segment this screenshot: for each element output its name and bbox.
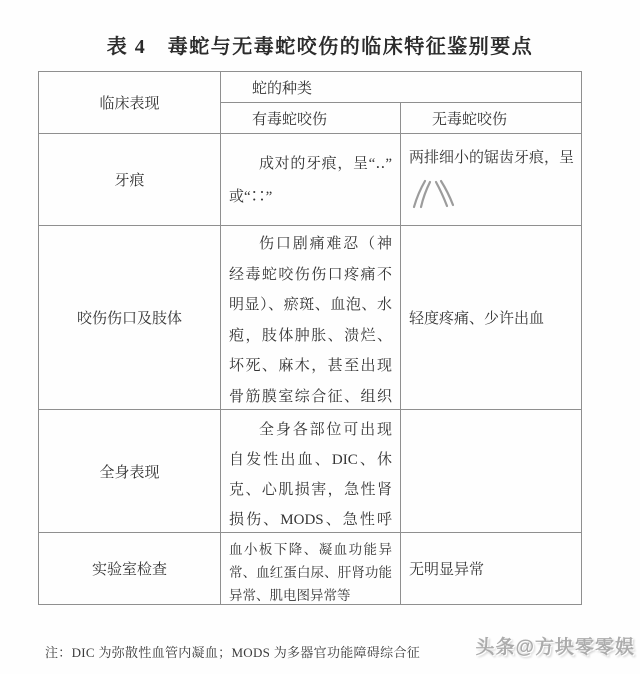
snakebite-comparison-table: 临床表现 蛇的种类 有毒蛇咬伤 无毒蛇咬伤 牙痕 成对的牙痕，呈“‥” 或“∷”… [38,71,582,605]
fang-marks-venomous-text: 成对的牙痕，呈“‥” 或“∷” [229,148,392,214]
systemic-venomous-text: 全身各部位可出现自发性出血、DIC、休克、心肌损害，急性肾损伤、MODS、急性呼… [229,415,392,533]
cell-fang-marks-venomous: 成对的牙痕，呈“‥” 或“∷” [221,134,401,226]
cell-laboratory-venomous: 血小板下降、凝血功能异常、血红蛋白尿、肝肾功能异常、肌电图异常等 [221,533,401,604]
table-title: 表 4 毒蛇与无毒蛇咬伤的临床特征鉴别要点 [0,30,640,59]
header-cell-nonvenomous-bite: 无毒蛇咬伤 [401,103,582,134]
cell-systemic-venomous: 全身各部位可出现自发性出血、DIC、休克、心肌损害，急性肾损伤、MODS、急性呼… [221,410,401,533]
bite-wound-venomous-text: 伤口剧痛难忍（神经毒蛇咬伤伤口疼痛不明显）、瘀斑、血泡、水疱，肢体肿胀、溃烂、坏… [229,229,392,410]
laboratory-venomous-text: 血小板下降、凝血功能异常、血红蛋白尿、肝肾功能异常、肌电图异常等 [229,538,392,604]
toutiao-watermark: 头条@方块零零娱 [475,632,635,659]
row-label-fang-marks: 牙痕 [39,134,221,226]
header-cell-snake-type: 蛇的种类 [221,72,582,103]
row-label-laboratory-tests: 实验室检查 [39,533,221,604]
fang-marks-nonvenomous-text: 两排细小的锯齿牙痕，呈 [409,146,574,170]
header-cell-clinical-manifestation: 临床表现 [39,72,221,134]
cell-systemic-nonvenomous-empty [401,410,582,533]
cell-bite-wound-nonvenomous: 轻度疼痛、少许出血 [401,226,582,410]
row-label-bite-wound-limb: 咬伤伤口及肢体 [39,226,221,410]
cell-laboratory-nonvenomous: 无明显异常 [401,533,582,604]
row-label-systemic-manifestation: 全身表现 [39,410,221,533]
header-cell-venomous-bite: 有毒蛇咬伤 [221,103,401,134]
teeth-marks-icon [411,178,455,210]
cell-bite-wound-venomous: 伤口剧痛难忍（神经毒蛇咬伤伤口疼痛不明显）、瘀斑、血泡、水疱，肢体肿胀、溃烂、坏… [221,226,401,410]
cell-fang-marks-nonvenomous: 两排细小的锯齿牙痕，呈 [401,134,582,226]
table-footnote: 注：DIC 为弥散性血管内凝血；MODS 为多器官功能障碍综合征 [45,642,420,661]
